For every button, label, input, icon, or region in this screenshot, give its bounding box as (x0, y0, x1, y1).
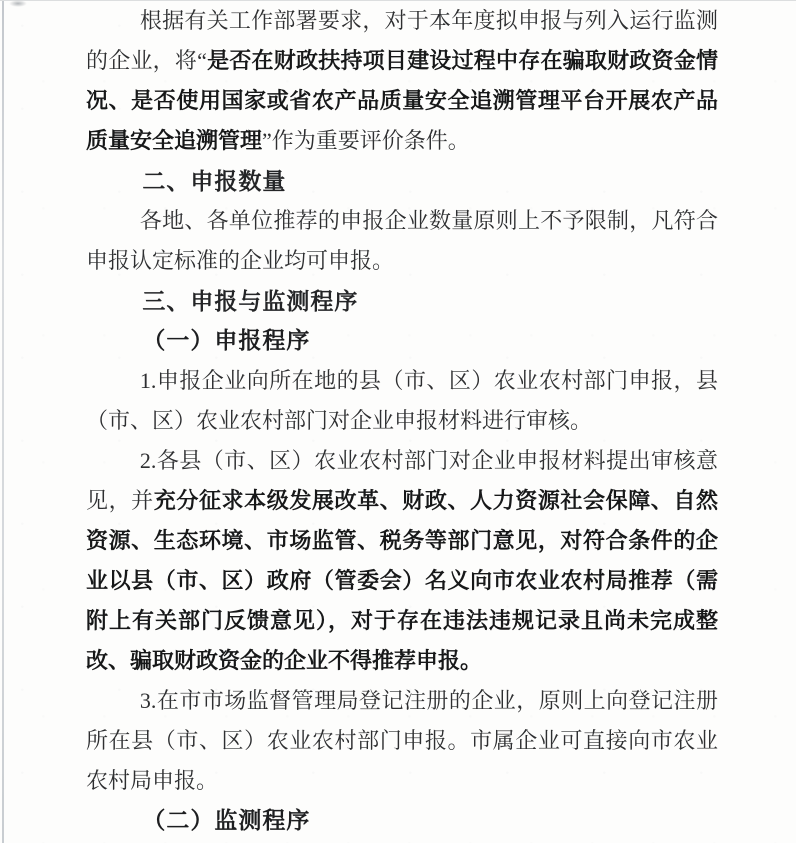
para-evaluation-criteria: 根据有关工作部署要求，对于本年度拟申报与列入运行监测的企业，将“是否在财政扶持项… (86, 1, 718, 161)
text-run: ”作为重要评价条件。 (262, 128, 470, 153)
text-run: 各地、各单位推荐的申报企业数量原则上不予限制，凡符合申报认定标准的企业均可申报。 (86, 208, 718, 273)
text-run: 1.申报企业向所在地的县（市、区）农业农村部门申报，县（市、区）农业农村部门对企… (86, 368, 718, 433)
para-step-3: 3.在市市场监督管理局登记注册的企业，原则上向登记注册所在县（市、区）农业农村部… (86, 681, 718, 801)
document-text: 根据有关工作部署要求，对于本年度拟申报与列入运行监测的企业，将“是否在财政扶持项… (86, 1, 718, 841)
document-page: 根据有关工作部署要求，对于本年度拟申报与列入运行监测的企业，将“是否在财政扶持项… (0, 0, 796, 843)
text-run: 3.在市市场监督管理局登记注册的企业，原则上向登记注册所在县（市、区）农业农村部… (86, 688, 718, 793)
text-run: 三、申报与监测程序 (142, 288, 358, 314)
emphasis-text-run: 充分征求本级发展改革、财政、人力资源社会保障、自然资源、生态环境、市场监管、税务… (86, 488, 718, 673)
para-quantity-not-limited: 各地、各单位推荐的申报企业数量原则上不予限制，凡符合申报认定标准的企业均可申报。 (86, 201, 718, 281)
text-run: （一）申报程序 (142, 328, 310, 353)
scan-left-edge-line (2, 0, 4, 843)
text-run: 二、申报数量 (142, 168, 286, 194)
text-run: （二）监测程序 (142, 808, 310, 833)
heading-section-3-application-monitoring-procedure: 三、申报与监测程序 (86, 281, 718, 321)
heading-section-2-application-quantity: 二、申报数量 (86, 161, 718, 201)
scan-smudge (9, 0, 27, 7)
heading-sub-2-monitoring-procedure: （二）监测程序 (86, 801, 718, 841)
para-step-1: 1.申报企业向所在地的县（市、区）农业农村部门申报，县（市、区）农业农村部门对企… (86, 361, 718, 441)
heading-sub-1-application-procedure: （一）申报程序 (86, 321, 718, 361)
para-step-2: 2.各县（市、区）农业农村部门对企业申报材料提出审核意见，并充分征求本级发展改革… (86, 441, 718, 681)
